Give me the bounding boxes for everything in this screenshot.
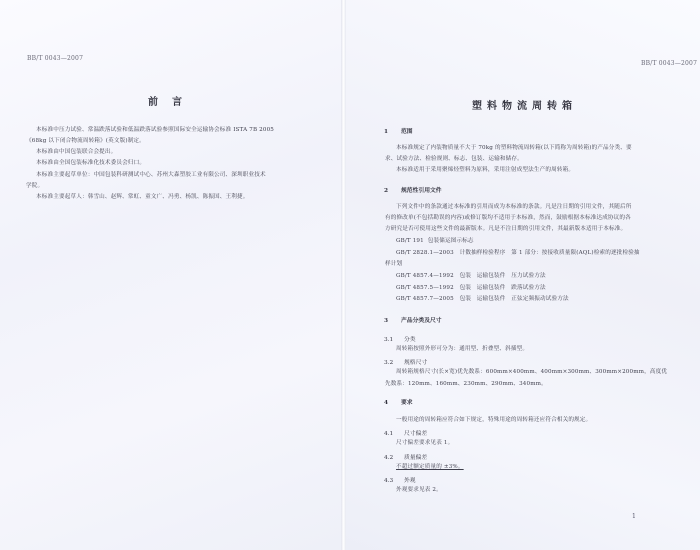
paragraph: 本标准主要起草单位：中国包装科研测试中心、苏州大森塑胶工业有限公司、深圳职业技术 [36,170,266,181]
paragraph: 一般用途的周转箱应符合如下规定，特殊用途的周转箱还应符合相关的规定。 [396,415,591,426]
paragraph: 外观要求见表 2。 [396,485,442,496]
reference-item: GB/T 2828.1—2003 计数抽样检验程序 第 1 部分：按接收质量限(… [396,248,640,259]
subsection-heading-3-1: 3.1分类 [384,334,416,343]
paragraph: 本标准适用于采用聚烯烃塑料为原料，采用注射成型法生产的周转箱。 [396,165,574,176]
paragraph: 尺寸偏差要求见表 1。 [396,438,453,449]
standard-code: BB/T 0043—2007 [641,60,697,67]
left-page: BB/T 0043—2007 前言 本标准中压力试验、常温跌落试验和低温跌落试验… [0,0,341,550]
reference-item: GB/T 191 包装储运图示标志 [396,236,474,247]
paragraph: 有的修改单(不包括勘误的内容)或修订版均不适用于本标准，然而，鼓励根据本标准达成… [385,213,631,224]
subsection-heading-4-3: 4.3外观 [384,475,416,484]
page-title: 塑料物流周转箱 [472,97,577,112]
paragraph: 本标准中压力试验、常温跌落试验和低温跌落试验参照国际安全运输协会标准 ISTA … [36,125,274,136]
standard-code: BB/T 0043—2007 [27,55,83,62]
paragraph: 本标准由中国包装联合会提出。 [36,147,116,158]
paragraph: 周转箱按照外形可分为：通用型、折叠型、斜插型。 [396,344,528,355]
paragraph: 先数系：120mm、160mm、230mm、290mm、340mm。 [385,379,547,390]
paragraph: 求、试验方法、检验规则、标志、包装、运输和储存。 [385,154,523,165]
paragraph: 周转箱规格尺寸(长×宽)优先数系：600mm×400mm、400mm×300mm… [396,367,667,378]
paragraph: 《68kg 以下闭合物流周转箱》(英文版)制定。 [26,136,145,147]
reference-item: GB/T 4857.7—2005 包装 运输包装件 正弦定频振动试验方法 [396,294,569,305]
subsection-heading-4-2: 4.2质量偏差 [384,452,427,461]
paragraph: 本标准主要起草人：韩雪山、赵辉、常虹、童文广、冯勇、杨凯、陈振国、王利捷。 [36,192,249,203]
paragraph: 学院。 [26,181,43,192]
paragraph: 本标准由全国包装标准化技术委员会归口。 [36,158,145,169]
section-heading-2: 2规范性引用文件 [384,185,442,194]
section-heading-1: 1范围 [384,126,413,135]
subsection-heading-3-2: 3.2规格尺寸 [384,357,427,366]
reference-item: GB/T 4857.5—1992 包装 运输包装件 跌落试验方法 [396,283,546,294]
reference-item-continued: 样计划 [385,259,402,270]
page-number: 1 [632,513,636,520]
paragraph: 方研究是否可使用这些文件的最新版本。凡是不注日期的引用文件，其最新版本适用于本标… [385,224,626,235]
right-page: BB/T 0043—2007 塑料物流周转箱 1范围 本标准规定了内装物质量不大… [346,0,700,550]
subsection-heading-4-1: 4.1尺寸偏差 [384,428,427,437]
reference-item: GB/T 4857.4—1992 包装 运输包装件 压力试验方法 [396,271,546,282]
paragraph: 下列文件中的条款通过本标准的引用而成为本标准的条款。凡是注日期的引用文件，其随后… [396,202,632,213]
section-heading-4: 4要求 [384,397,413,406]
paragraph: 不超过额定质量的 ±3%。 [396,462,464,473]
page-title: 前言 [148,93,196,108]
section-heading-3: 3产品分类及尺寸 [384,315,442,324]
paragraph: 本标准规定了内装物质量不大于 70kg 的塑料物流周转箱(以下简称为周转箱)的产… [396,143,632,154]
